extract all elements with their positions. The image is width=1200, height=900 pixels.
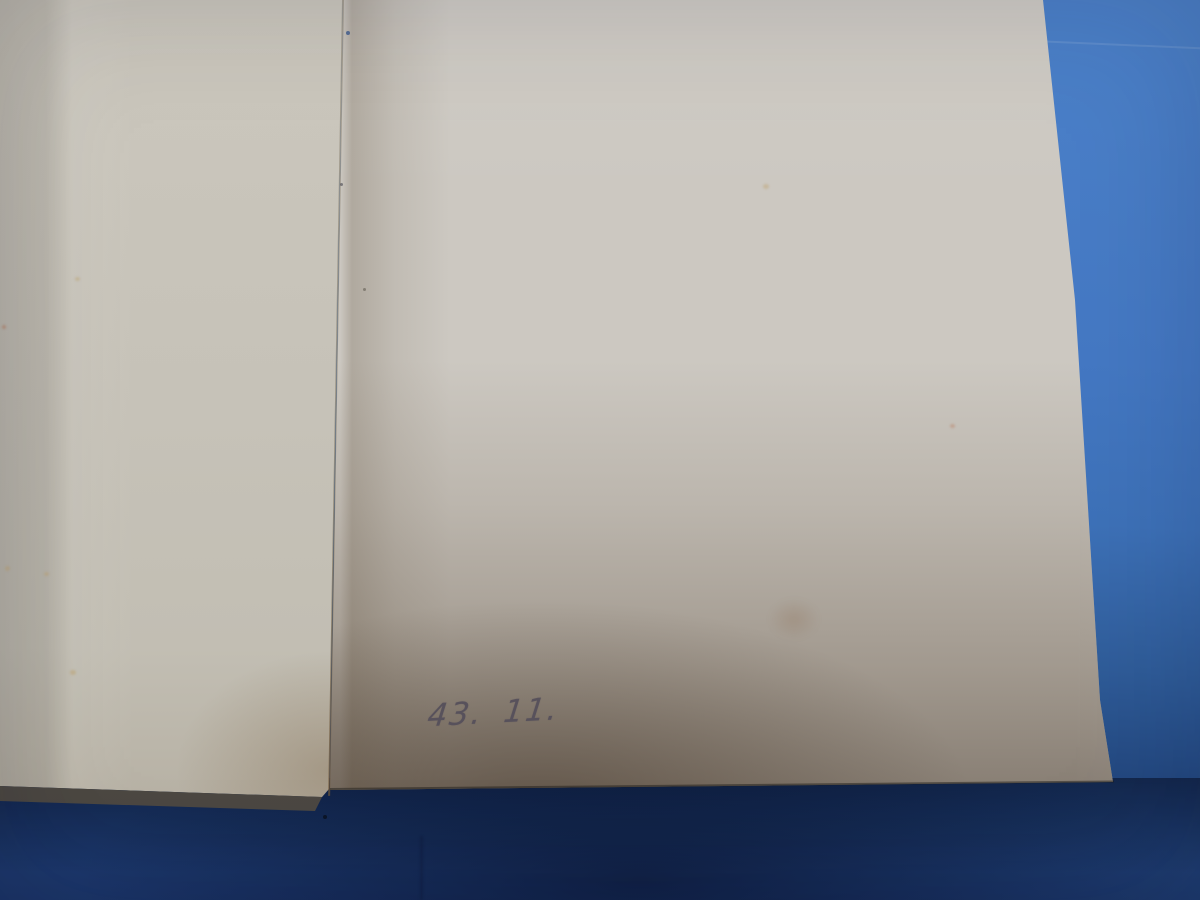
foxing-spot <box>763 184 769 189</box>
brown-smudge <box>768 598 820 640</box>
foxing-spot <box>2 325 6 329</box>
backdrop-crease-bottom <box>420 836 423 900</box>
foxing-spot <box>950 424 955 428</box>
foxing-spot <box>5 566 10 571</box>
dark-speck <box>363 288 366 291</box>
handwritten-note: 43. 11. <box>426 691 562 734</box>
dark-speck <box>340 183 343 186</box>
ink-speck <box>346 31 350 35</box>
dark-speck <box>323 815 327 819</box>
book-photo: 43. 11. <box>0 0 1200 900</box>
foxing-spot <box>44 572 49 576</box>
foxing-spot <box>75 277 80 281</box>
foxing-spot <box>70 670 76 675</box>
